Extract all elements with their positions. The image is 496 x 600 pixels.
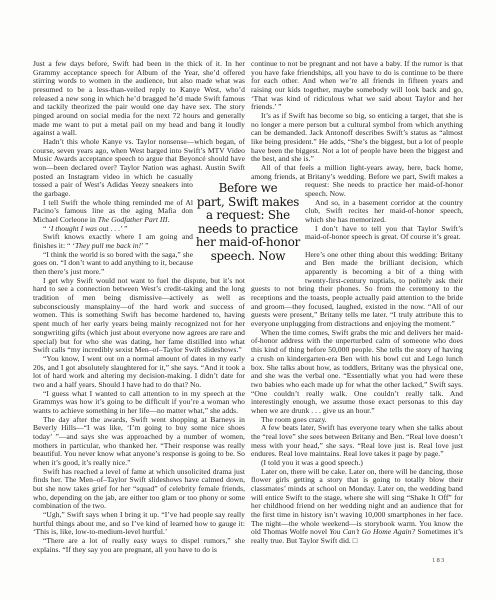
paragraph: “You know, I went out on a normal amount… bbox=[33, 355, 245, 390]
paragraph: Just a few days before, Swift had been i… bbox=[33, 60, 245, 138]
paragraph: Later on, there will be cake. Later on, … bbox=[251, 468, 463, 546]
paragraph-text: The room goes crazy. bbox=[261, 415, 327, 424]
paragraph-text: Swift has reached a level of fame at whi… bbox=[33, 467, 245, 511]
paragraph: The day after the awards, Swift went sho… bbox=[33, 416, 245, 468]
pull-quote-line: part, Swift makes bbox=[186, 196, 310, 210]
paragraph: “Ugh,” Swift says when I bring it up. “I… bbox=[33, 511, 245, 537]
pull-quote-line: a request: She bbox=[186, 209, 310, 223]
paragraph-text: Later on, there will be cake. Later on, … bbox=[251, 467, 463, 545]
left-column: Just a few days before, Swift had been i… bbox=[33, 60, 245, 554]
paragraph-text: I don’t have to tell you that Taylor Swi… bbox=[305, 224, 463, 242]
paragraph-text: When the time comes, Swift grabs the mic… bbox=[251, 328, 463, 415]
pull-quote-line: her maid-of-honor bbox=[186, 236, 310, 250]
paragraph-text: I get why Swift would not want to fuel t… bbox=[33, 276, 245, 354]
paragraph-text: I tell Swift the whole thing reminded me… bbox=[33, 198, 193, 224]
magazine-page: Just a few days before, Swift had been i… bbox=[0, 0, 496, 600]
paragraph: A few beats later, Swift has everyone te… bbox=[251, 424, 463, 459]
paragraph-text: “ ‘I thought I was out . . .’ ” bbox=[43, 224, 128, 233]
paragraph: “I guess what I wanted to call attention… bbox=[33, 390, 245, 416]
paragraph: I get why Swift would not want to fuel t… bbox=[33, 277, 245, 355]
pull-quote-line: speech. Now bbox=[186, 250, 310, 264]
paragraph-text: The day after the awards, Swift went sho… bbox=[33, 415, 245, 467]
paragraph: It’s as if Swift has become so big, so e… bbox=[251, 112, 463, 164]
paragraph-text: “I think the world is so bored with the … bbox=[33, 250, 193, 276]
paragraph-text: “I guess what I wanted to call attention… bbox=[33, 389, 245, 415]
pull-quote-line: needs to practice bbox=[186, 223, 310, 237]
pull-quote: Before we part, Swift makes a request: S… bbox=[186, 182, 310, 263]
paragraph-text: “There are a lot of really easy ways to … bbox=[33, 536, 245, 554]
right-column: continue to not be pregnant and not have… bbox=[251, 60, 463, 546]
paragraph: When the time comes, Swift grabs the mic… bbox=[251, 329, 463, 416]
page-number: 183 bbox=[432, 557, 446, 564]
paragraph-text: All of that feels a million light-years … bbox=[251, 163, 463, 181]
paragraph-text: Just a few days before, Swift had been i… bbox=[33, 59, 245, 137]
paragraph: Swift has reached a level of fame at whi… bbox=[33, 468, 245, 511]
paragraph: continue to not be pregnant and not have… bbox=[251, 60, 463, 112]
paragraph-text: And so, in a basement corridor at the co… bbox=[305, 198, 463, 224]
paragraph: “There are a lot of really easy ways to … bbox=[33, 537, 245, 554]
pull-quote-line: Before we bbox=[186, 182, 310, 196]
paragraph-text: continue to not be pregnant and not have… bbox=[251, 59, 463, 111]
paragraph-text: It’s as if Swift has become so big, so e… bbox=[251, 111, 463, 163]
paragraph-text: “You know, I went out on a normal amount… bbox=[33, 354, 245, 389]
paragraph-text: Swift knows exactly where I am going and… bbox=[33, 232, 193, 250]
paragraph-text: (I told you it was a good speech.) bbox=[261, 458, 363, 467]
paragraph-text: request: She needs to practice her maid-… bbox=[305, 180, 463, 198]
paragraph-text: “Ugh,” Swift says when I bring it up. “I… bbox=[33, 510, 245, 536]
paragraph-text: A few beats later, Swift has everyone te… bbox=[251, 423, 463, 458]
